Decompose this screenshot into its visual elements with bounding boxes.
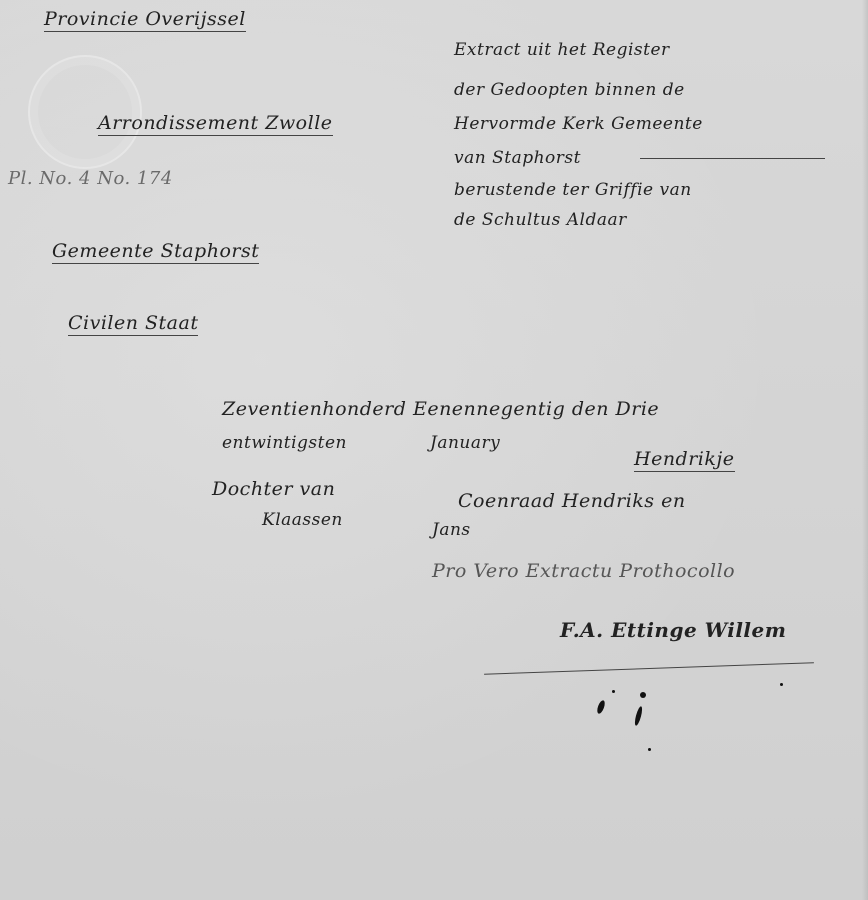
body-month: January: [430, 433, 500, 453]
document-page: Provincie Overijssel Arrondissement Zwol…: [0, 0, 868, 900]
extract-title-line-5: berustende ter Griffie van: [454, 180, 692, 200]
child-name: Hendrikje: [634, 448, 735, 472]
ink-blot: [648, 748, 651, 751]
ink-blot: [640, 692, 646, 698]
body-date-line-1: Zeventienhonderd Eenennegentig den Drie: [222, 398, 659, 420]
body-date-line-2: entwintigsten: [222, 433, 347, 453]
ink-blot: [633, 706, 643, 727]
ink-blot: [596, 699, 606, 714]
arrondissement-heading: Arrondissement Zwolle: [98, 112, 333, 136]
province-heading: Provincie Overijssel: [44, 8, 246, 32]
civil-status-heading: Civilen Staat: [68, 312, 198, 336]
signature-flourish: [484, 662, 814, 675]
extract-title-line-6: de Schultus Aldaar: [454, 210, 627, 230]
signature: F.A. Ettinge Willem: [560, 618, 786, 642]
body-daughter-of: Dochter van: [212, 478, 335, 500]
extract-title-line-3: Hervormde Kerk Gemeente: [454, 114, 703, 134]
extract-title-line-2: der Gedoopten binnen de: [454, 80, 685, 100]
ink-blot: [780, 683, 783, 686]
ink-blot: [612, 690, 615, 693]
paper-edge: [862, 0, 868, 900]
father-name: Coenraad Hendriks en: [458, 490, 686, 512]
margin-note: Pl. No. 4 No. 174: [8, 168, 173, 189]
mother-name: Jans: [432, 520, 471, 540]
attestation-text: Pro Vero Extractu Prothocollo: [432, 560, 735, 582]
extract-title-line-1: Extract uit het Register: [454, 40, 670, 60]
extract-title-line-4: van Staphorst: [454, 148, 581, 168]
flourish-line: [640, 158, 825, 159]
gemeente-heading: Gemeente Staphorst: [52, 240, 259, 264]
mother-surname: Klaassen: [262, 510, 343, 530]
